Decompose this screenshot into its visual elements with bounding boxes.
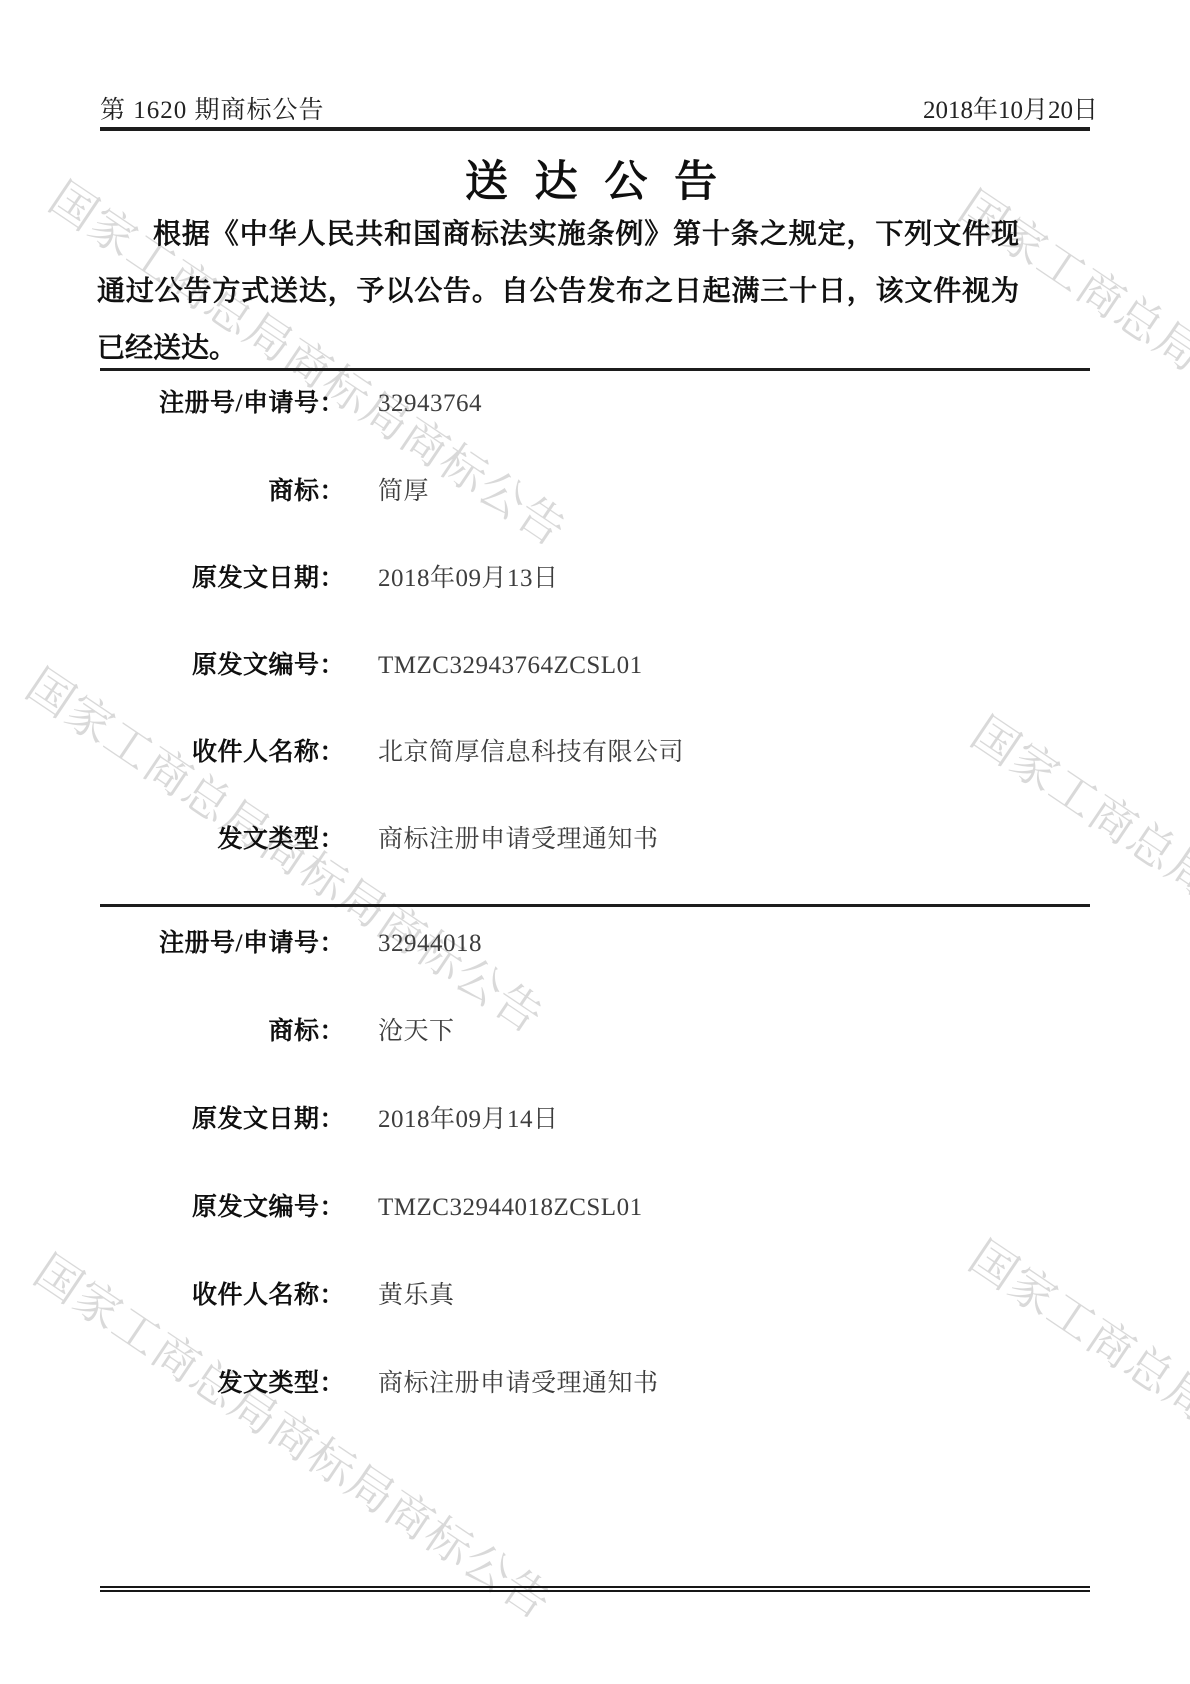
page-title: 送 达 公 告 <box>100 148 1090 209</box>
record-row-trademark: 商标： 简厚 <box>95 476 429 508</box>
record-row-recipient-name: 收件人名称： 黄乐真 <box>95 1280 455 1312</box>
field-value: TMZC32943764ZCSL01 <box>378 650 643 682</box>
watermark-text: 国家工商总局商标局商标公告 <box>960 698 1190 1094</box>
field-value: 2018年09月13日 <box>378 563 559 595</box>
watermark-text: 国家工商总局商标局商标公告 <box>958 1222 1190 1618</box>
field-label: 注册号/申请号： <box>95 388 345 420</box>
intro-paragraph: 根据《中华人民共和国商标法实施条例》第十条之规定，下列文件现通过公告方式送达，予… <box>97 206 1019 377</box>
field-value: 黄乐真 <box>378 1280 455 1312</box>
gazette-issue-number: 第 1620 期商标公告 <box>100 90 325 126</box>
field-label: 发文类型： <box>95 824 345 856</box>
field-value: 32943764 <box>378 388 482 420</box>
bottom-rule <box>100 1586 1090 1598</box>
field-label: 原发文日期： <box>95 1104 345 1136</box>
record-row-document-type: 发文类型： 商标注册申请受理通知书 <box>95 824 659 856</box>
field-label: 发文类型： <box>95 1368 345 1400</box>
section-divider <box>100 368 1090 371</box>
section-divider <box>100 904 1090 907</box>
field-value: 2018年09月14日 <box>378 1104 559 1136</box>
record-row-trademark: 商标： 沧天下 <box>95 1016 455 1048</box>
record-row-registration-number: 注册号/申请号： 32943764 <box>95 388 482 420</box>
gazette-date: 2018年10月20日 <box>923 90 1098 126</box>
header-rule <box>100 127 1090 131</box>
field-label: 原发文编号： <box>95 1192 345 1224</box>
field-value: 商标注册申请受理通知书 <box>378 824 659 856</box>
record-row-document-type: 发文类型： 商标注册申请受理通知书 <box>95 1368 659 1400</box>
document-page: 国家工商总局商标局商标公告 国家工商总局商标局商标公告 国家工商总局商标局商标公… <box>0 0 1190 1684</box>
field-label: 原发文编号： <box>95 650 345 682</box>
field-value: 北京简厚信息科技有限公司 <box>378 737 684 769</box>
field-value: TMZC32944018ZCSL01 <box>378 1192 643 1224</box>
record-row-original-document-number: 原发文编号： TMZC32944018ZCSL01 <box>95 1192 643 1224</box>
field-label: 原发文日期： <box>95 563 345 595</box>
field-label: 收件人名称： <box>95 737 345 769</box>
field-value: 沧天下 <box>378 1016 455 1048</box>
field-value: 简厚 <box>378 476 429 508</box>
record-row-original-document-number: 原发文编号： TMZC32943764ZCSL01 <box>95 650 643 682</box>
record-row-registration-number: 注册号/申请号： 32944018 <box>95 928 482 960</box>
record-row-recipient-name: 收件人名称： 北京简厚信息科技有限公司 <box>95 737 684 769</box>
record-row-original-issue-date: 原发文日期： 2018年09月13日 <box>95 563 559 595</box>
record-row-original-issue-date: 原发文日期： 2018年09月14日 <box>95 1104 559 1136</box>
field-label: 商标： <box>95 1016 345 1048</box>
field-label: 收件人名称： <box>95 1280 345 1312</box>
field-value: 商标注册申请受理通知书 <box>378 1368 659 1400</box>
field-label: 注册号/申请号： <box>95 928 345 960</box>
field-label: 商标： <box>95 476 345 508</box>
field-value: 32944018 <box>378 928 482 960</box>
